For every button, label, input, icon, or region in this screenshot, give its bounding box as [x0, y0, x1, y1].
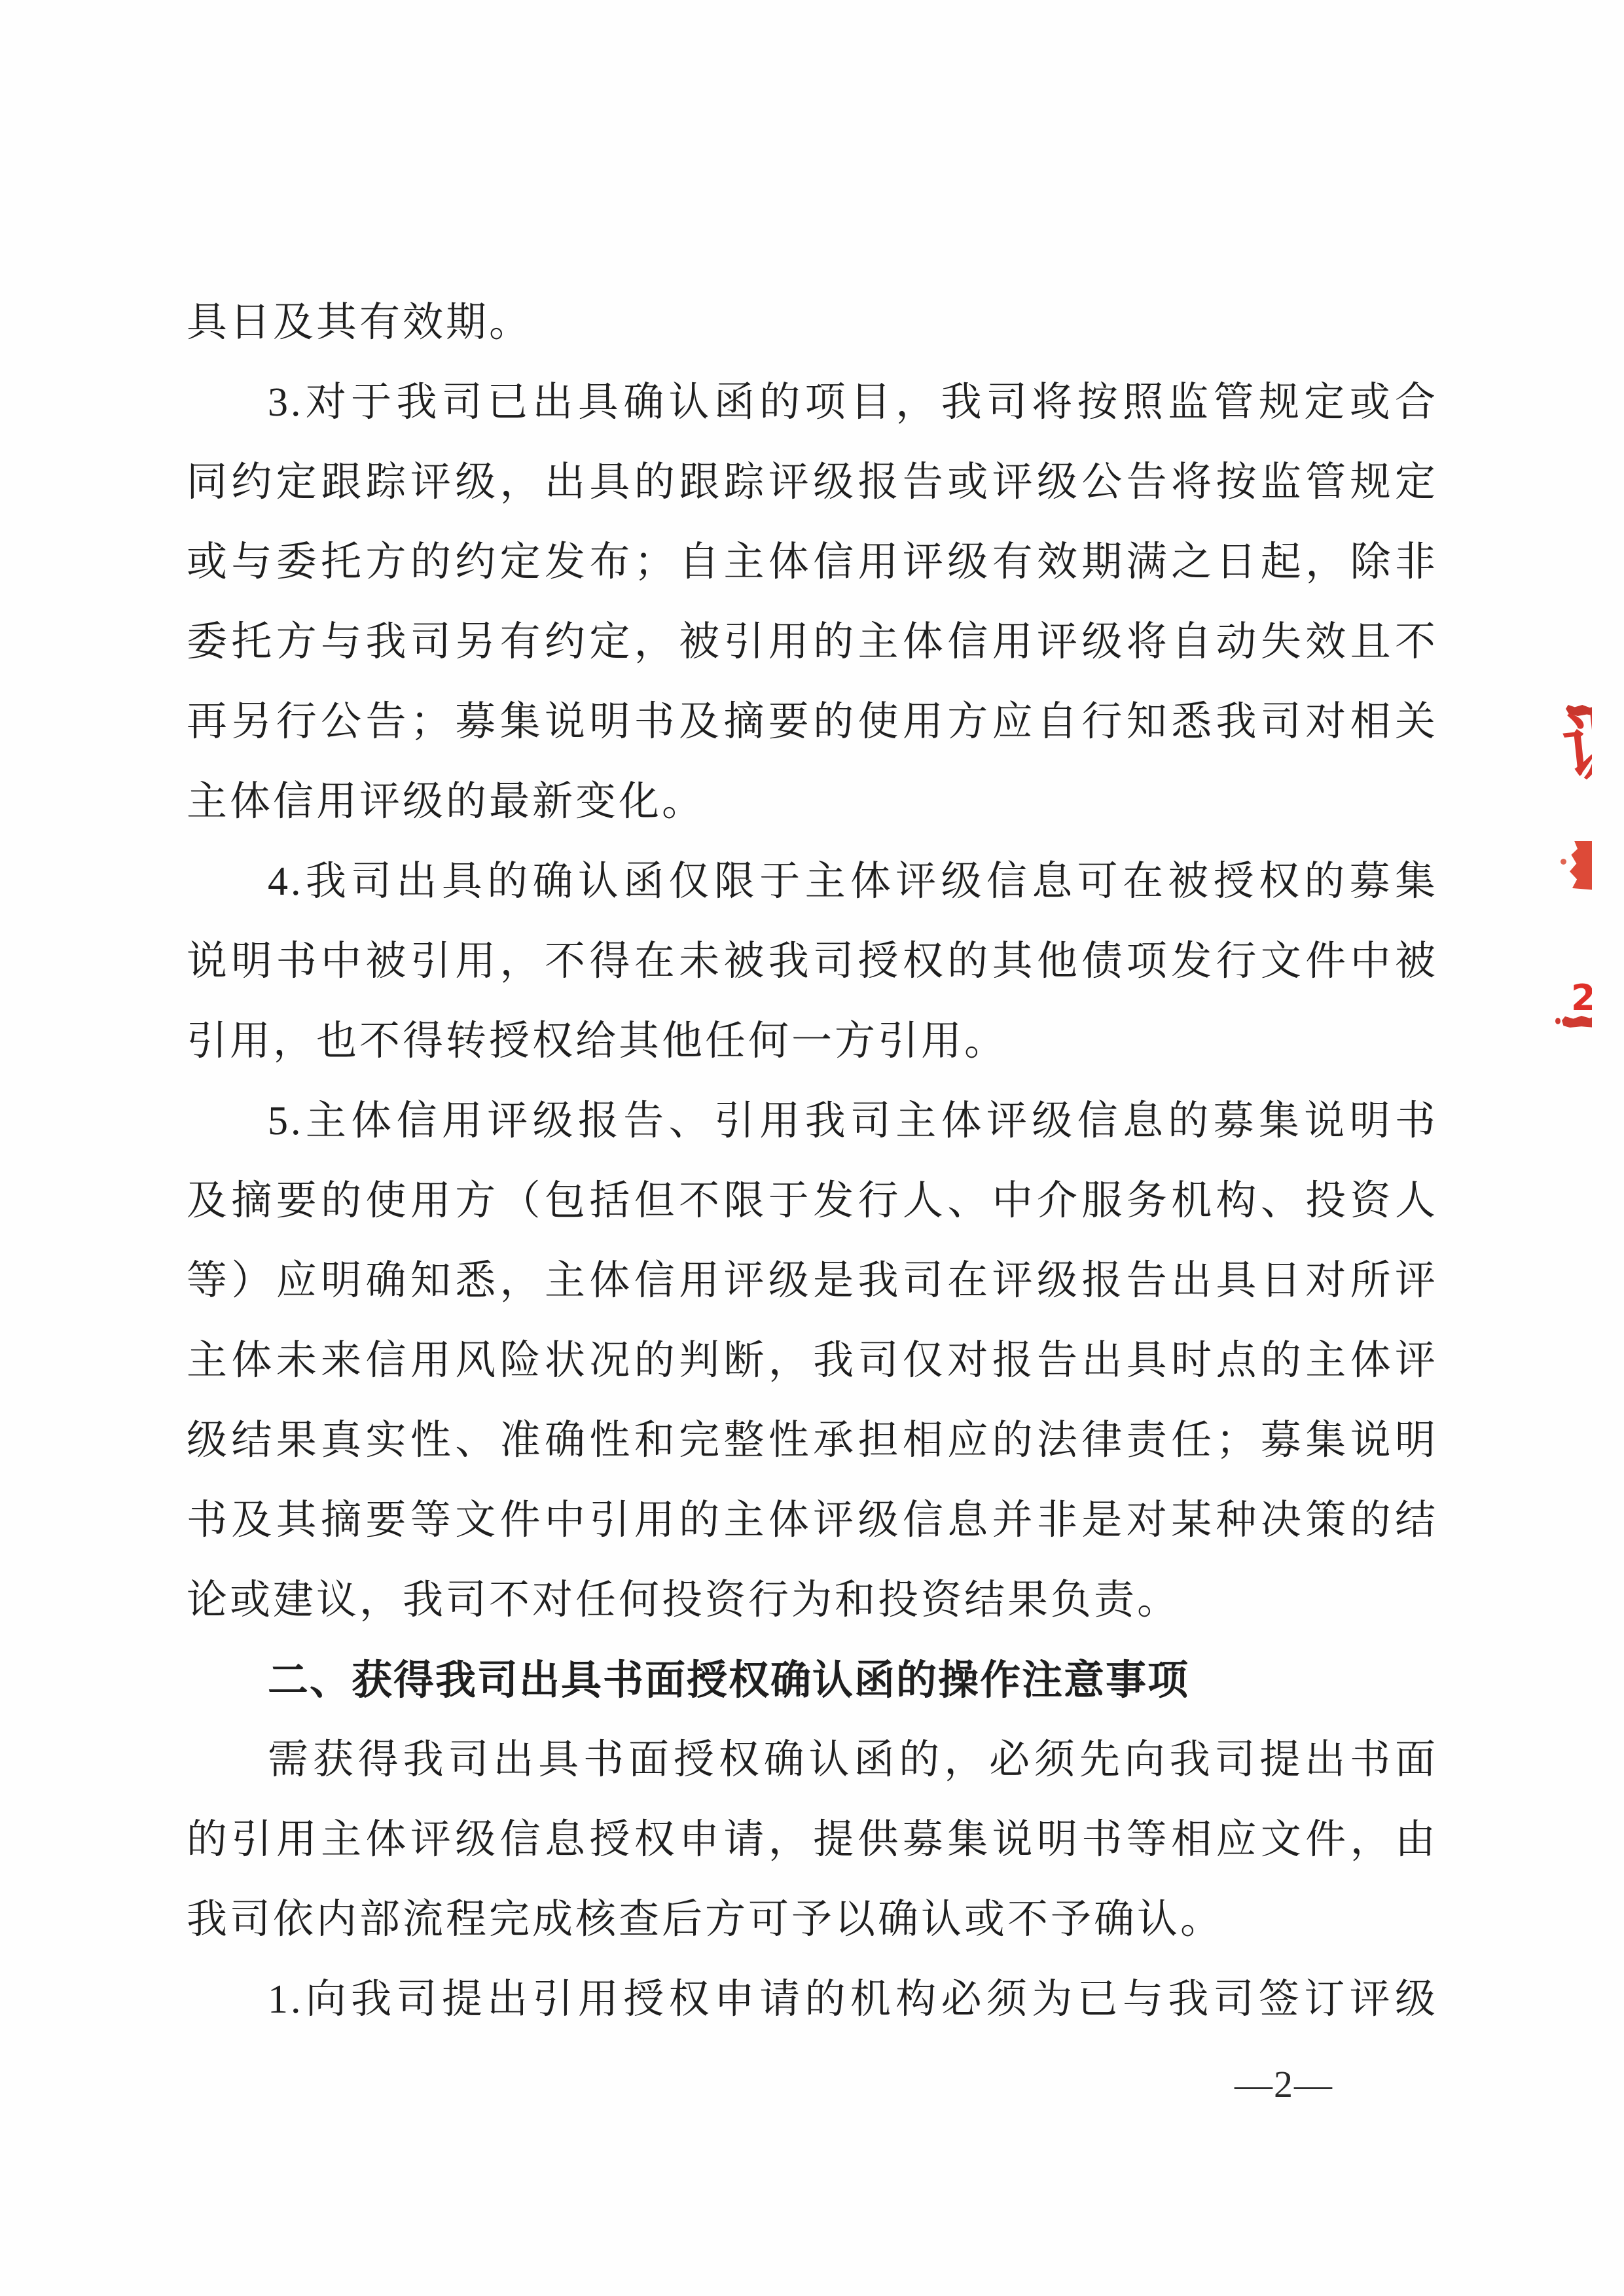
red-seal-fragments: 讥 2: [1553, 687, 1592, 1047]
body-line: 的引用主体评级信息授权申请，提供募集说明书等相应文件，由: [187, 1800, 1438, 1880]
body-line: 再另行公告；募集说明书及摘要的使用方应自行知悉我司对相关: [187, 682, 1438, 762]
seal-fragment-bottom-icon: [1562, 1016, 1592, 1028]
document-page: 具日及其有效期。3.对于我司已出具确认函的项目，我司将按照监管规定或合同约定跟踪…: [0, 0, 1624, 2296]
body-line: 等）应明确知悉，主体信用评级是我司在评级报告出具日对所评: [187, 1241, 1438, 1321]
body-line: 主体未来信用风险状况的判断，我司仅对报告出具时点的主体评: [187, 1321, 1438, 1401]
body-line: 4.我司出具的确认函仅限于主体评级信息可在被授权的募集: [187, 842, 1438, 922]
page-number: —2—: [1235, 2062, 1333, 2108]
seal-fragment-digit-icon: 2: [1571, 980, 1592, 1016]
body-line: 级结果真实性、准确性和完整性承担相应的法律责任；募集说明: [187, 1401, 1438, 1480]
body-line: 论或建议，我司不对任何投资行为和投资结果负责。: [187, 1560, 1438, 1640]
body-line: 书及其摘要等文件中引用的主体评级信息并非是对某种决策的结: [187, 1480, 1438, 1560]
document-body: 具日及其有效期。3.对于我司已出具确认函的项目，我司将按照监管规定或合同约定跟踪…: [187, 283, 1438, 2039]
seal-fragment-blob-icon: [1570, 841, 1592, 890]
body-line: 5.主体信用评级报告、引用我司主体评级信息的募集说明书: [187, 1081, 1438, 1161]
body-line: 具日及其有效期。: [187, 283, 1438, 363]
body-line: 及摘要的使用方（包括但不限于发行人、中介服务机构、投资人: [187, 1161, 1438, 1241]
section-heading: 二、获得我司出具书面授权确认函的操作注意事项: [187, 1640, 1438, 1720]
body-line: 3.对于我司已出具确认函的项目，我司将按照监管规定或合: [187, 363, 1438, 442]
body-line: 引用，也不得转授权给其他任何一方引用。: [187, 1001, 1438, 1081]
body-line: 需获得我司出具书面授权确认函的，必须先向我司提出书面: [187, 1720, 1438, 1800]
body-line: 我司依内部流程完成核查后方可予以确认或不予确认。: [187, 1880, 1438, 1960]
body-line: 委托方与我司另有约定，被引用的主体信用评级将自动失效且不: [187, 602, 1438, 682]
seal-fragment-blob-dot-icon: [1561, 859, 1566, 865]
seal-fragment-bottom-dot-icon: [1555, 1018, 1561, 1024]
body-line: 或与委托方的约定发布；自主体信用评级有效期满之日起，除非: [187, 522, 1438, 602]
body-line: 说明书中被引用，不得在未被我司授权的其他债项发行文件中被: [187, 922, 1438, 1001]
seal-fragment-character-icon: 讥: [1560, 709, 1592, 787]
body-line: 同约定跟踪评级，出具的跟踪评级报告或评级公告将按监管规定: [187, 442, 1438, 522]
seal-fragment-top-icon: [1566, 705, 1592, 716]
body-line: 1.向我司提出引用授权申请的机构必须为已与我司签订评级: [187, 1960, 1438, 2039]
body-line: 主体信用评级的最新变化。: [187, 762, 1438, 842]
